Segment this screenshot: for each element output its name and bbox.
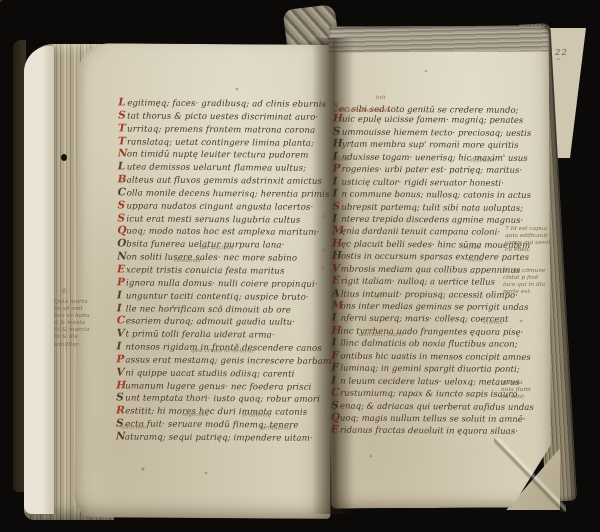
interlinear-gloss: uere seruabat mūdo <box>333 107 390 113</box>
verse-text: uppara nudatos cingunt angusta lacertos· <box>126 201 313 212</box>
initial-letter: P <box>333 163 342 176</box>
left-page: Legitimęq; faces· gradibusq; ad clinis e… <box>74 43 333 519</box>
initial-letter: S <box>331 399 340 412</box>
initial-letter: I <box>333 175 342 188</box>
initial-letter: H <box>116 379 125 392</box>
marginal-gloss-line: cōdat p finē <box>503 275 553 282</box>
initial-letter: P <box>116 353 125 366</box>
initial-letter: H <box>333 113 342 126</box>
verse-text: llinc dalmaticis ob noxia fluctibus anco… <box>340 339 517 350</box>
verse-text: aturamq; sequi patrięq; impendere uitam· <box>125 432 313 443</box>
verse-text: rogenies· urbi pater est· patrięq; marit… <box>342 165 523 176</box>
verse-text: esariem duroq; admouit gaudia uultu· <box>126 317 296 328</box>
initial-letter: C <box>118 186 127 199</box>
verse-text: ranslataq; uetat contingere limina plant… <box>127 137 314 148</box>
interlinear-gloss: fortitudinis <box>260 426 292 432</box>
folio-number: 22 ~ <box>555 48 568 61</box>
initial-letter: N <box>116 430 125 443</box>
interlinear-gloss: defensor <box>471 158 496 164</box>
verse-text: uoq; magis nullum tellus se soluit in am… <box>340 414 526 425</box>
initial-letter: T <box>118 122 127 135</box>
left-margin-note: Quia mortare ad omībus se habuit & mesta… <box>54 299 108 349</box>
verse-text: yrtam membra sup' romani more quiritis <box>342 140 519 151</box>
ink-dot <box>61 154 67 161</box>
interlinear-gloss: ciuitas <box>484 320 503 326</box>
verse-text: ubrepsit partemq; tulit sibi nata uolupt… <box>341 202 523 213</box>
verse-text: ltius intumuit· propiusq; accessit olimp… <box>341 289 518 300</box>
interlinear-gloss: quia crines nō delebat <box>191 348 254 354</box>
verse-text: umanum lugere genus· nec foedera prisci <box>125 381 311 392</box>
initial-letter: R <box>116 405 125 418</box>
interlinear-gloss: iusticiam <box>120 425 146 431</box>
initial-letter: S <box>116 392 125 405</box>
initial-letter: H <box>331 324 340 337</box>
initial-letter: L <box>118 96 127 109</box>
manuscript-photo: Legitimęq; faces· gradibusq; ad clinis e… <box>0 0 600 532</box>
interlinear-gloss: prudencię <box>242 413 271 419</box>
verse-text: urritaq; premens frontem matrona corona <box>127 124 315 135</box>
right-margin-note-a: 7 Id est capuaquia edificauitcapys qui u… <box>505 226 555 254</box>
initial-letter: I <box>332 312 341 325</box>
marginal-gloss-line: 7 Id est capua <box>505 226 555 233</box>
verse-text: nterea trepido discedens agmine magnus· <box>341 215 523 226</box>
marginal-gloss-line: nū sunt· <box>501 394 545 401</box>
verse-text: unt temptata thori· iusto quoq; robur am… <box>125 394 320 405</box>
verse-text: t primū tolli feralia uiderat arma· <box>126 330 275 341</box>
initial-letter: P <box>117 276 126 289</box>
initial-letter: E <box>331 424 340 437</box>
initial-letter: I <box>332 212 341 225</box>
initial-letter: I <box>117 302 126 315</box>
verse-text: egitimęq; faces· gradibusq; ad clinis eb… <box>127 98 326 109</box>
marginal-gloss-line: capys qui uenit <box>505 240 555 247</box>
verse-text: usticię cultor· rigidi seruator honesti· <box>342 177 504 188</box>
marginal-gloss-line: b· In̄a cōmune <box>503 268 553 275</box>
verse-text: on soliti lusere sales· nec more sabino <box>126 253 297 264</box>
marginal-gloss-line: cū enea; <box>505 247 555 254</box>
marginal-gloss-line: noīa flumi <box>501 387 545 394</box>
right-margin-note-c: oīa istanoīa fluminū sunt· <box>501 380 545 401</box>
initial-letter: H <box>332 237 341 250</box>
verse-line: Eridanus fractas deuoluit in ęquora silu… <box>331 424 534 438</box>
marginal-gloss-line: loco qui in illa <box>503 282 553 289</box>
marginal-gloss-line: bus se habu <box>54 313 108 320</box>
interlinear-gloss: mons <box>468 257 483 263</box>
verse-text: tat thorus & picto uestes discriminat au… <box>127 111 318 122</box>
interlinear-gloss: celeumas <box>174 258 201 264</box>
initial-letter: H <box>332 250 341 263</box>
interlinear-gloss: filios <box>335 157 349 163</box>
interlinear-gloss: copias <box>462 245 480 251</box>
initial-letter: H <box>333 138 342 151</box>
initial-letter: A <box>332 287 341 300</box>
verse-text: mbrosis mediam qua collibus appenninus <box>341 264 520 275</box>
verse-text: unguntur taciti contentiq; auspice bruto… <box>126 291 309 302</box>
marginal-gloss-line: similiter· <box>54 342 108 349</box>
verse-text: ummouisse hiemem tecto· preciosaq; uesti… <box>342 127 531 138</box>
initial-letter: V <box>116 366 125 379</box>
verse-text: lle nec horrificam scō dimouit ab ore <box>126 304 291 315</box>
verse-text: rigit italiam· nulloq; a uertice tellus <box>341 277 495 288</box>
initial-letter: M <box>332 300 341 313</box>
marginal-gloss-line: it & mesta <box>54 320 108 327</box>
initial-letter: I <box>117 289 126 302</box>
interlinear-gloss: adriatici maris <box>362 331 403 337</box>
verse-text: icut erat mesti seruans lugubria cultus <box>126 214 300 225</box>
initial-letter: E <box>117 263 126 276</box>
initial-letter: I <box>332 188 341 201</box>
initial-letter: N <box>117 251 126 264</box>
marginal-gloss-line: Quia morta <box>54 299 108 306</box>
initial-letter: I <box>331 374 340 387</box>
initial-letter: V <box>332 262 341 275</box>
verse-text: ęc placuit belli sedes· hinc sūma mouent… <box>341 239 530 250</box>
verse-text: estitit; hi mores hęc duri immota catoni… <box>125 407 307 418</box>
verse-text: utea demissos uelarunt flammea uultus; <box>127 163 306 174</box>
gutter-reference-mark: q; <box>61 286 67 294</box>
initial-letter: V <box>117 328 126 341</box>
initial-letter: S <box>118 109 127 122</box>
verse-text: n commune bonus; nullosq; catonis in act… <box>341 190 531 201</box>
verse-text: nduxisse togam· uenerisq; hic maxim' usu… <box>342 152 528 163</box>
marginal-gloss-line: quia edificauit <box>505 233 555 240</box>
verse-text: assus erat mestamq; genis increscere bar… <box>125 355 334 366</box>
marginal-gloss-line: tā & ille <box>54 334 108 341</box>
initial-letter: S <box>333 125 342 138</box>
page-top-edges <box>329 25 549 52</box>
initial-letter: T <box>118 135 127 148</box>
right-margin-note-b: b· In̄a cōmunecōdat p finēloco qui in il… <box>503 268 553 296</box>
initial-letter: F <box>331 349 340 362</box>
initial-letter: M <box>332 225 341 238</box>
verse-text: ni quippe uacat studiis odiisq; carenti <box>125 368 294 379</box>
verse-text: ontibus hic uastis in mensos concipit am… <box>340 351 531 362</box>
initial-letter: B <box>118 173 127 186</box>
marginal-gloss-line: oīa ista <box>501 380 545 387</box>
initial-letter: Q <box>117 225 126 238</box>
interlinear-gloss: idē <box>374 294 383 300</box>
left-page-text: Legitimęq; faces· gradibusq; ad clinis e… <box>116 96 336 444</box>
marginal-gloss-line: re ad omī <box>54 306 108 313</box>
right-page: Nec sibi sed toto genitū se credere mund… <box>329 25 552 508</box>
initial-letter: Q <box>331 411 340 424</box>
verse-text: n leuum cecidere latus· ueloxq; metaurus <box>340 376 520 387</box>
verse-text: uic epulę uicisse famem· magniq; penates <box>342 115 523 126</box>
verse-text: on timidū nuptę leuiter tectura pudorem <box>127 150 309 161</box>
verse-line: Naturamq; sequi patrięq; impendere uitam… <box>116 430 334 444</box>
interlinear-gloss: uel lasciuos <box>200 245 233 251</box>
initial-letter: S <box>332 200 341 213</box>
interlinear-gloss: toti <box>376 95 386 101</box>
verse-text: alteus aut fluxos gemmis adstrinxit amic… <box>127 176 322 187</box>
initial-letter: F <box>331 362 340 375</box>
initial-letter: L <box>118 161 127 174</box>
initial-letter: S <box>117 212 126 225</box>
initial-letter: I <box>331 337 340 350</box>
initial-letter: N <box>118 148 127 161</box>
initial-letter: O <box>117 238 126 251</box>
gutter-reference-mark: b <box>321 264 325 272</box>
marginal-gloss-line: parte est· <box>503 289 553 296</box>
verse-text: ęnia dardanii tenuit campana coloni· <box>341 227 500 238</box>
verse-text: ridanus fractas deuoluit in ęquora silua… <box>340 426 518 437</box>
verse-text: ostis in occursum sparsas extendere part… <box>341 252 529 263</box>
gutter-reference-mark: d <box>322 246 326 254</box>
gutter-reference-mark: a <box>322 212 326 220</box>
parchment-specks <box>0 0 2 2</box>
interlinear-gloss: negociis <box>181 412 204 418</box>
verse-text: luminaq; in gemini spargit diuortia pont… <box>340 364 519 375</box>
folio-flourish: ~ <box>556 58 568 61</box>
initial-letter: I <box>116 340 125 353</box>
verse-text: olla monile decens humerisq; herentia pr… <box>127 188 330 199</box>
verse-text: rustumiumq; rapax & iuncto sapis isauro <box>340 389 517 400</box>
verse-text: enaq; & adriacas qui uerberat aufidus un… <box>340 401 534 412</box>
initial-letter: S <box>117 199 126 212</box>
verse-text: ignora nulla domus· nulli coiere propinq… <box>126 278 318 289</box>
initial-letter: C <box>117 315 126 328</box>
marginal-gloss-line: tā & marcia <box>54 327 108 334</box>
initial-letter: C <box>331 387 340 400</box>
verse-text: ons inter medias geminas se porrigit und… <box>341 302 529 313</box>
initial-letter: E <box>332 275 341 288</box>
flyleaf-edge <box>24 46 54 514</box>
verse-text: xcepit tristis conuicia festa maritus <box>126 265 284 276</box>
verse-text: uoq; modo natos hoc est amplexa maritum· <box>126 227 319 238</box>
